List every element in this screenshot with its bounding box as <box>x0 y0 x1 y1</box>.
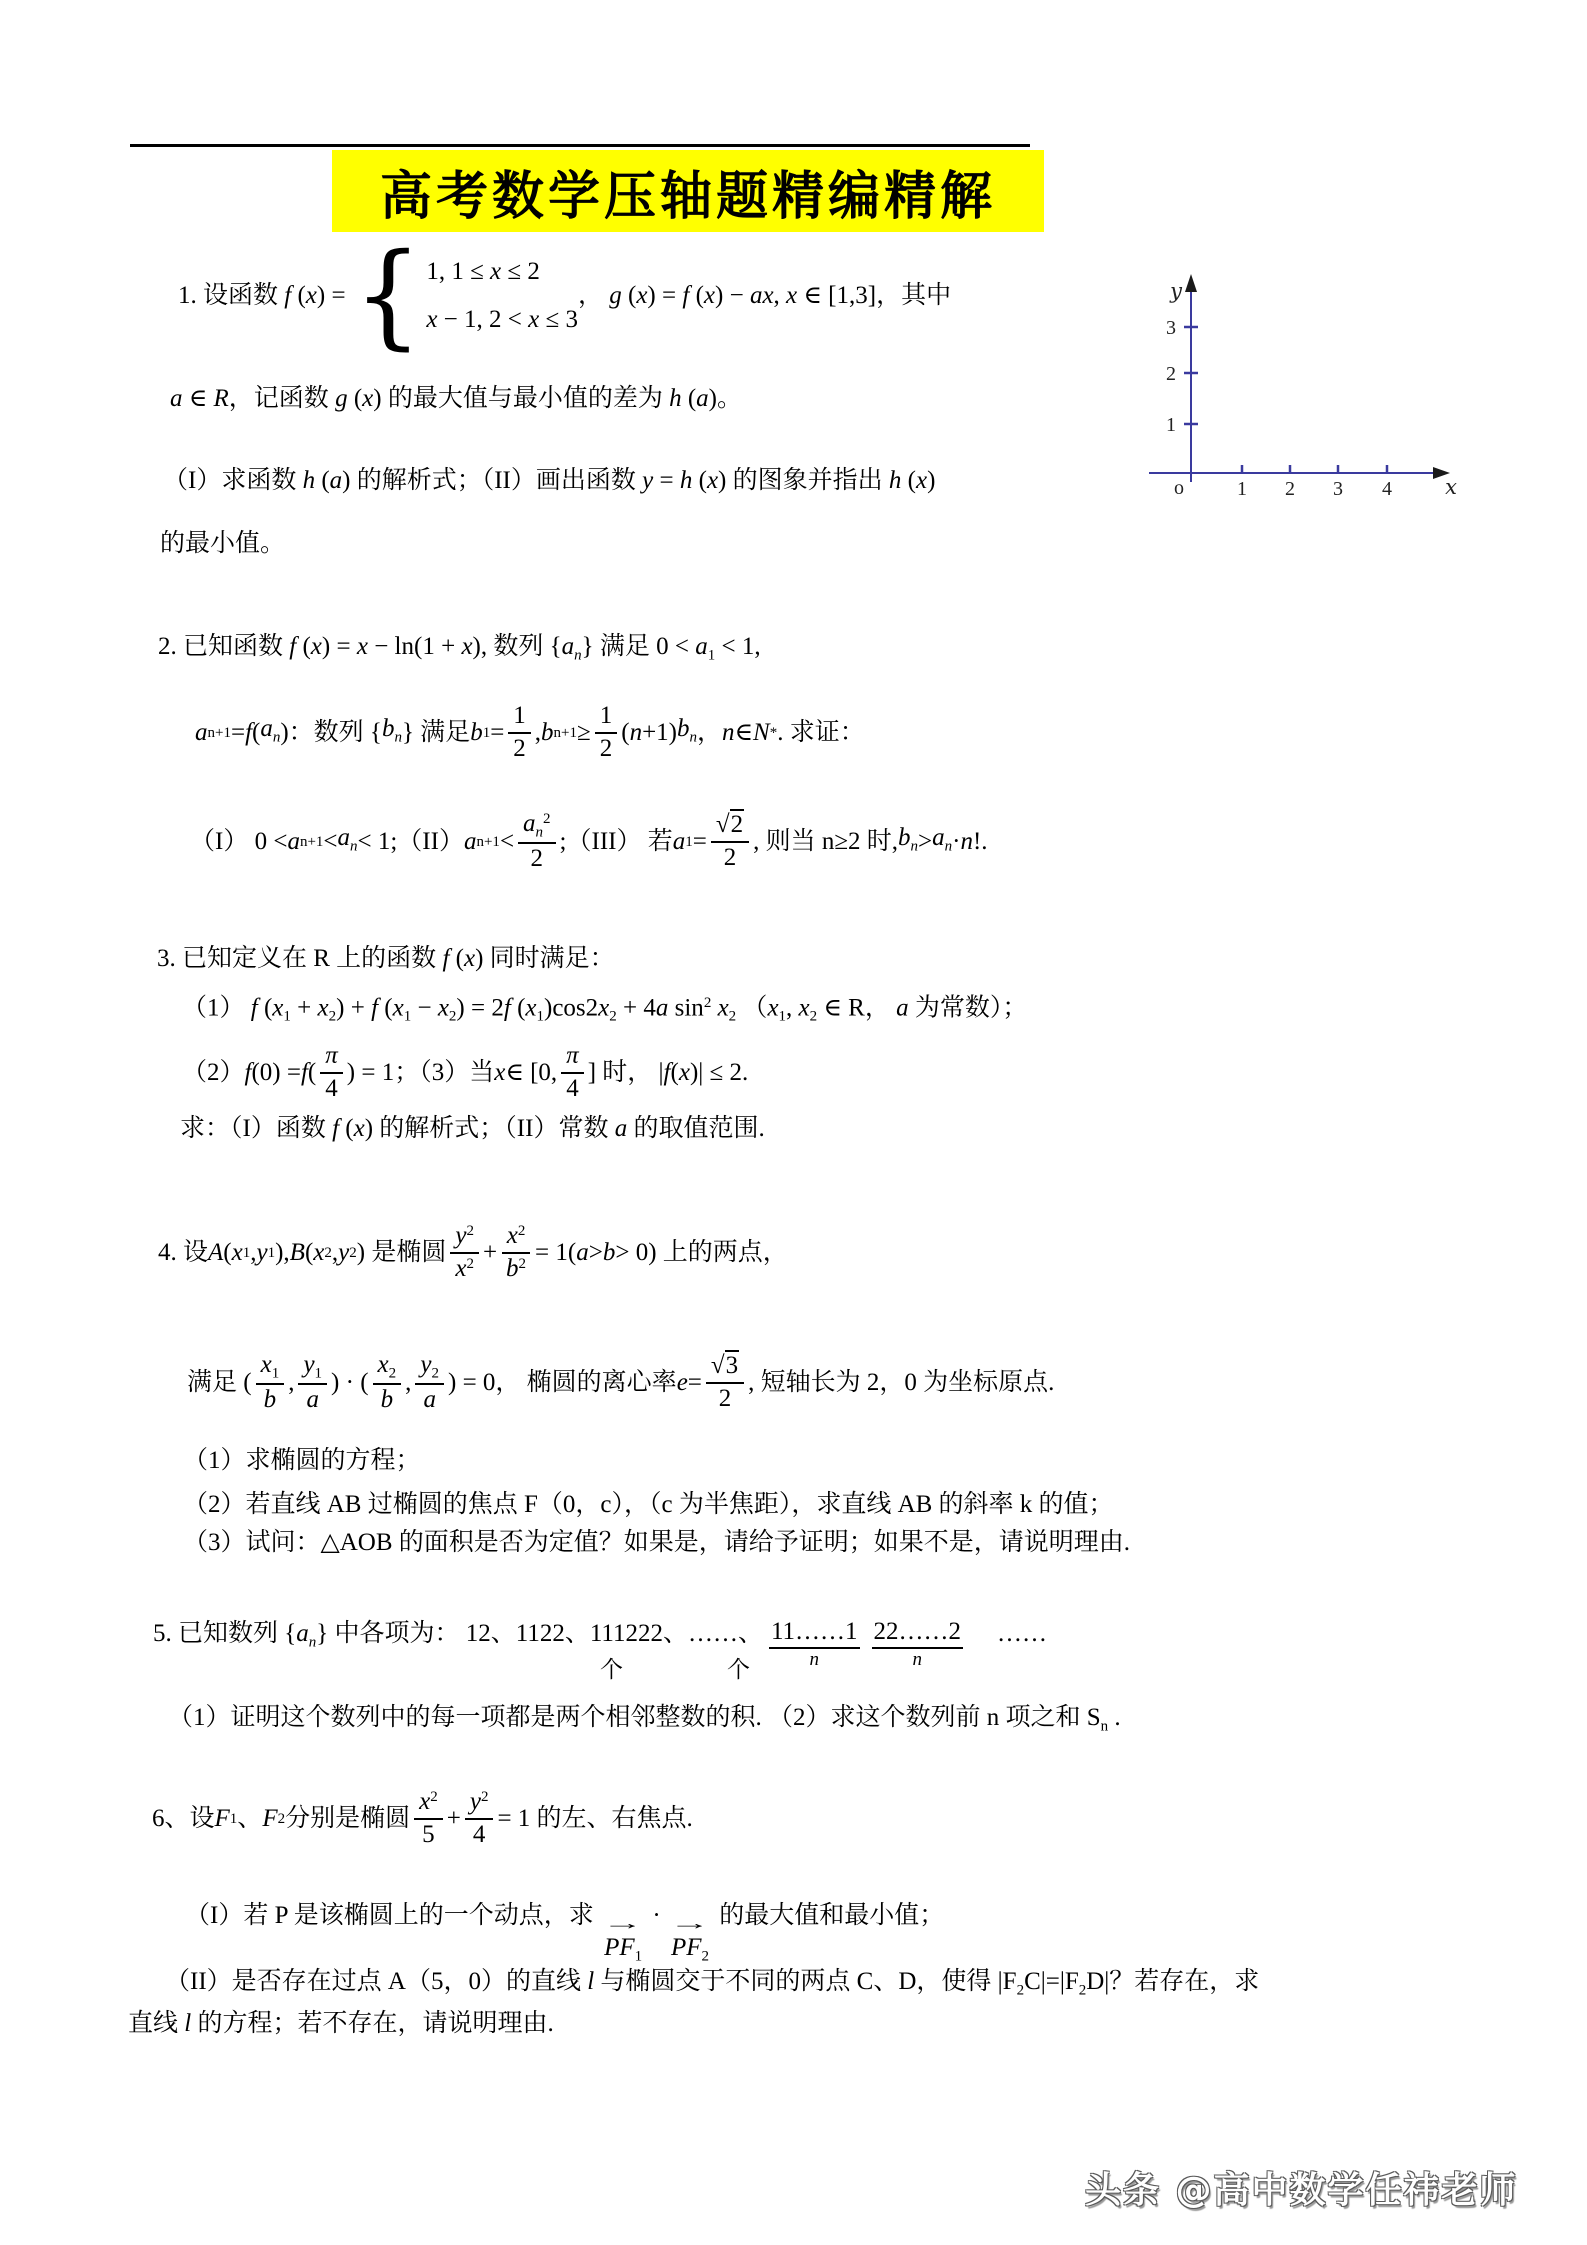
top-rule <box>130 144 1030 147</box>
problem-3-ask: 求：（I）函数 f (x) 的解析式；（II）常数 a 的取值范围. <box>180 1111 765 1147</box>
problem-6-line-4: 直线 l 的方程；若不存在，请说明理由. <box>128 2006 554 2042</box>
y-tick-label-2: 2 <box>1166 363 1176 385</box>
y-axis-arrow <box>1185 274 1197 292</box>
p1-case-2: x − 1, 2 < x ≤ 3 <box>426 302 578 338</box>
y-tick-label-3: 3 <box>1166 317 1176 339</box>
underbrace-group-2: 22……2n <box>872 1616 964 1671</box>
problem-6-line-2: （I）若 P 是该椭圆上的一个动点，求 →PF1 · →PF2 的最大值和最小值… <box>185 1898 944 1974</box>
piecewise-function: { 1, 1 ≤ x ≤ 2 x − 1, 2 < x ≤ 3 <box>346 247 578 344</box>
p1-case-1: 1, 1 ≤ x ≤ 2 <box>426 254 578 290</box>
p1-after: ， g (x) = f (x) − ax, x ∈ [1,3]，其中 <box>578 278 951 314</box>
p1-lead: 1. 设函数 f (x) = <box>178 278 346 314</box>
x-tick-label-1: 1 <box>1237 478 1247 500</box>
problem-6-line-3: （II）是否存在过点 A（5，0）的直线 l 与椭圆交于不同的两点 C、D，使得… <box>165 1964 1259 2008</box>
problem-3-line-1: 3. 已知定义在 R 上的函数 f (x) 同时满足： <box>157 941 615 977</box>
problem-2-line-3: （I） 0 < an+1 < an < 1;（II） an+1 < an22;（… <box>190 798 988 886</box>
origin-label: o <box>1174 477 1184 499</box>
problem-4-item-3: （3）试问：△AOB 的面积是否为定值？如果是，请给予证明；如果不是，请说明理由… <box>183 1525 1130 1561</box>
page-title: 高考数学压轴题精编精解 <box>332 150 1044 232</box>
problem-4-item-1: （1）求椭圆的方程； <box>183 1443 421 1479</box>
p5-group-1: 11……1 <box>769 1616 860 1649</box>
p5-group-2: 22……2 <box>872 1616 964 1649</box>
p5-group-1-count: n <box>810 1649 820 1671</box>
problem-2-line-2: an+1 = f (an)：数列 {bn} 满足 b1 = 12, bn+1 ≥… <box>195 694 865 772</box>
axes-figure: y x o 3 2 1 1 2 3 4 <box>1140 268 1460 503</box>
left-brace: { <box>354 245 423 347</box>
y-tick-label-1: 1 <box>1166 414 1176 436</box>
x-tick-label-4: 4 <box>1382 478 1392 500</box>
x-tick-label-3: 3 <box>1333 478 1343 500</box>
problem-1-line-3: （I）求函数 h (a) 的解析式；（II）画出函数 y = h (x) 的图象… <box>163 463 935 499</box>
problem-4-line-1: 4. 设 A(x1, y1), B(x2, y2) 是椭圆 y2x2 + x2b… <box>158 1214 788 1292</box>
x-axis-label: x <box>1445 475 1457 499</box>
problem-4-item-2: （2）若直线 AB 过椭圆的焦点 F（0，c），（c 为半焦距），求直线 AB … <box>183 1487 1114 1523</box>
problem-5-item-1: （1）证明这个数列中的每一项都是两个相邻整数的积. （2）求这个数列前 n 项之… <box>168 1700 1121 1744</box>
p5-tick-1: 个 <box>600 1652 623 1688</box>
problem-3-item-1: （1） f (x1 + x2) + f (x1 − x2) = 2f (x1)c… <box>182 985 1027 1035</box>
problem-6-line-1: 6、设 F1、 F2 分别是椭圆 x25 + y24 = 1 的左、右焦点. <box>152 1780 693 1858</box>
document-page: 高考数学压轴题精编精解 1. 设函数 f (x) = { 1, 1 ≤ x ≤ … <box>0 0 1587 2245</box>
problem-1-line-2: a ∈ R，记函数 g (x) 的最大值与最小值的差为 h (a)。 <box>170 381 742 417</box>
p5-group-2-count: n <box>913 1649 923 1671</box>
problem-1-line-4: 的最小值。 <box>160 526 285 562</box>
p5-lead: 5. 已知数列 {an} 中各项为： 12、1122、111222、……、 <box>153 1620 763 1647</box>
problem-4-line-2: 满足 (x1b,y1a) · (x2b,y2a) = 0， 椭圆的离心率 e =… <box>187 1344 1054 1422</box>
y-axis-label: y <box>1169 279 1183 303</box>
p5-tail-ellipsis: …… <box>997 1620 1047 1647</box>
p5-tick-2: 个 <box>727 1652 750 1688</box>
problem-3-item-2: （2） f (0) = f (π4) = 1；（3）当 x ∈ [0,π4] 时… <box>182 1036 748 1110</box>
problem-1-line-1: 1. 设函数 f (x) = { 1, 1 ≤ x ≤ 2 x − 1, 2 <… <box>178 240 951 352</box>
x-tick-label-2: 2 <box>1285 478 1295 500</box>
underbrace-group-1: 11……1n <box>769 1616 860 1671</box>
watermark: 头条 @高中数学任祎老师 <box>1085 2162 1518 2213</box>
problem-2-line-1: 2. 已知函数 f (x) = x − ln(1 + x), 数列 {an} 满… <box>158 629 761 673</box>
